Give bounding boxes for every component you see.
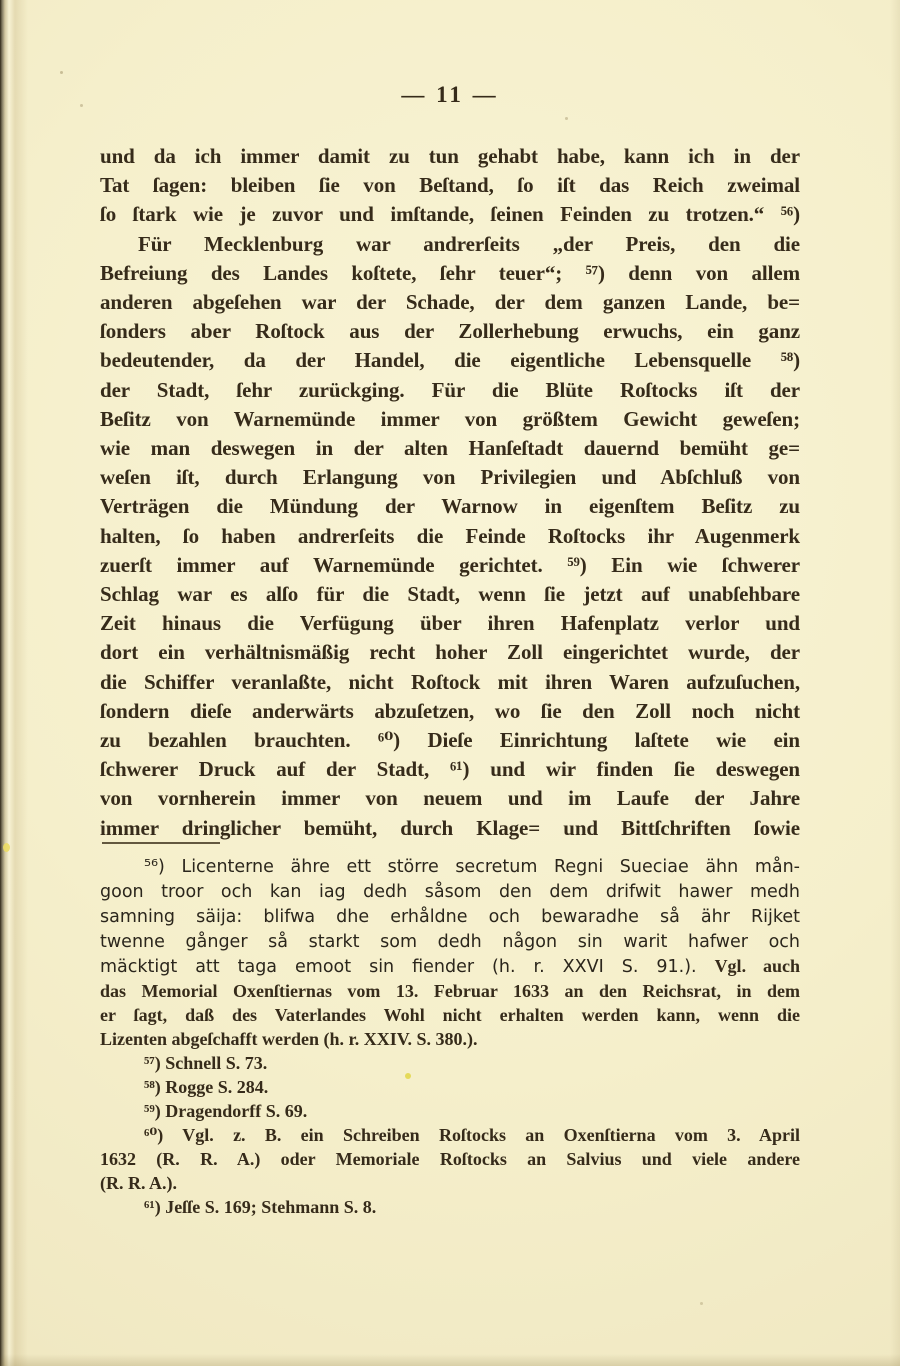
footnote-line: mäcktigt att taga emoot sin fiender (h. … [100,954,800,979]
footnote-line: (R. R. A.). [100,1171,800,1195]
footnote-line: ⁵⁹) Dragendorff S. 69. [100,1099,800,1123]
footnote-line: ⁶¹) Jeſſe S. 169; Stehmann S. 8. [100,1195,800,1219]
body-line: weſen iſt, durch Erlangung von Privilegi… [100,463,800,492]
footnote-segment-antiqua: goon troor och kan iag dedh såsom den de… [100,882,800,902]
body-line: Zeit hinaus die Verfügung über ihren Haf… [100,609,800,638]
footnote-segment-fraktur: ⁵⁷) Schnell S. 73. [144,1053,267,1073]
footnote-line: das Memorial Oxenſtiernas vom 13. Februa… [100,979,800,1003]
footnote-segment-fraktur: ⁵⁹) Dragendorff S. 69. [144,1101,307,1121]
paper-speck [565,117,568,120]
body-line: ſo ſtark wie je zuvor und imſtande, ſein… [100,200,800,229]
footnote-segment-fraktur: das Memorial Oxenſtiernas vom 13. Februa… [100,981,800,1001]
page-bottom-shade [0,1354,900,1366]
body-line: Verträgen die Mündung der Warnow in eige… [100,492,800,521]
footnote-line: twenne gånger så starkt som dedh någon s… [100,929,800,954]
footnote-separator [102,842,220,844]
footnote-segment-fraktur: Vgl. auch [715,956,800,976]
paper-speck [3,843,10,852]
body-line: wie man deswegen in der alten Hanſeſtadt… [100,434,800,463]
body-line: Für Mecklenburg war andrerſeits „der Pre… [100,230,800,259]
body-line: die Schiffer veranlaßte, nicht Roſtock m… [100,668,800,697]
footnote-segment-antiqua: ⁵⁶) Licenterne ähre ett större secretum … [144,857,800,877]
body-line: anderen abgeſehen war der Schade, der de… [100,288,800,317]
body-line: Schlag war es alſo für die Stadt, wenn ſ… [100,580,800,609]
footnote-segment-fraktur: 1632 (R. R. A.) oder Memoriale Roſtocks … [100,1149,800,1169]
footnote-segment-antiqua: mäcktigt att taga emoot sin fiender (h. … [100,957,715,977]
footnote-line: ⁵⁸) Rogge S. 284. [100,1075,800,1099]
body-line: zu bezahlen brauchten. ⁶⁰) Dieſe Einrich… [100,726,800,755]
footnote-segment-fraktur: Lizenten abgeſchafft werden (h. r. XXIV.… [100,1029,478,1049]
body-line: immer dringlicher bemüht, durch Klage= u… [100,814,800,843]
page-number: — 11 — [100,82,800,108]
body-line: dort ein verhältnismäßig recht hoher Zol… [100,638,800,667]
footnote-line: ⁵⁶) Licenterne ähre ett större secretum … [100,854,800,879]
paper-speck [80,104,83,107]
body-line: zuerſt immer auf Warnemünde gerichtet. ⁵… [100,551,800,580]
page-right-shade [890,0,900,1366]
body-text: und da ich immer damit zu tun gehabt hab… [100,142,800,843]
body-line: bedeutender, da der Handel, die eigentli… [100,346,800,375]
body-line: Befreiung des Landes koſtete, ſehr teuer… [100,259,800,288]
footnote-segment-antiqua: twenne gånger så starkt som dedh någon s… [100,932,800,952]
page-gutter-shadow [0,0,28,1366]
paper-speck [60,71,63,74]
footnote-segment-fraktur: er ſagt, daß des Vaterlandes Wohl nicht … [100,1005,800,1025]
body-line: von vornherein immer von neuem und im La… [100,784,800,813]
footnote-segment-fraktur: ⁶⁰) Vgl. z. B. ein Schreiben Roſtocks an… [144,1125,800,1145]
footnote-segment-fraktur: ⁵⁸) Rogge S. 284. [144,1077,268,1097]
footnote-segment-antiqua: samning säija: blifwa dhe erhåldne och b… [100,907,800,927]
body-line: ſonders aber Roſtock aus der Zollerhebun… [100,317,800,346]
footnote-line: er ſagt, daß des Vaterlandes Wohl nicht … [100,1003,800,1027]
body-line: ſondern dieſe anderwärts abzuſetzen, wo … [100,697,800,726]
footnote-line: ⁶⁰) Vgl. z. B. ein Schreiben Roſtocks an… [100,1123,800,1147]
footnote-line: Lizenten abgeſchafft werden (h. r. XXIV.… [100,1027,800,1051]
footnote-segment-fraktur: ⁶¹) Jeſſe S. 169; Stehmann S. 8. [144,1197,376,1217]
footnotes: ⁵⁶) Licenterne ähre ett större secretum … [100,854,800,1219]
footnote-line: 1632 (R. R. A.) oder Memoriale Roſtocks … [100,1147,800,1171]
body-line: der Stadt, ſehr zurückging. Für die Blüt… [100,376,800,405]
body-line: ſchwerer Druck auf der Stadt, ⁶¹) und wi… [100,755,800,784]
body-line: Tat ſagen: bleiben ſie von Beſtand, ſo i… [100,171,800,200]
footnote-line: samning säija: blifwa dhe erhåldne och b… [100,904,800,929]
footnote-segment-fraktur: (R. R. A.). [100,1173,177,1193]
book-page: — 11 — und da ich immer damit zu tun geh… [0,0,900,1366]
body-line: und da ich immer damit zu tun gehabt hab… [100,142,800,171]
body-line: Beſitz von Warnemünde immer von größtem … [100,405,800,434]
paper-speck [700,1302,703,1305]
footnote-line: ⁵⁷) Schnell S. 73. [100,1051,800,1075]
footnote-line: goon troor och kan iag dedh såsom den de… [100,879,800,904]
body-line: halten, ſo haben andrerſeits die Feinde … [100,522,800,551]
